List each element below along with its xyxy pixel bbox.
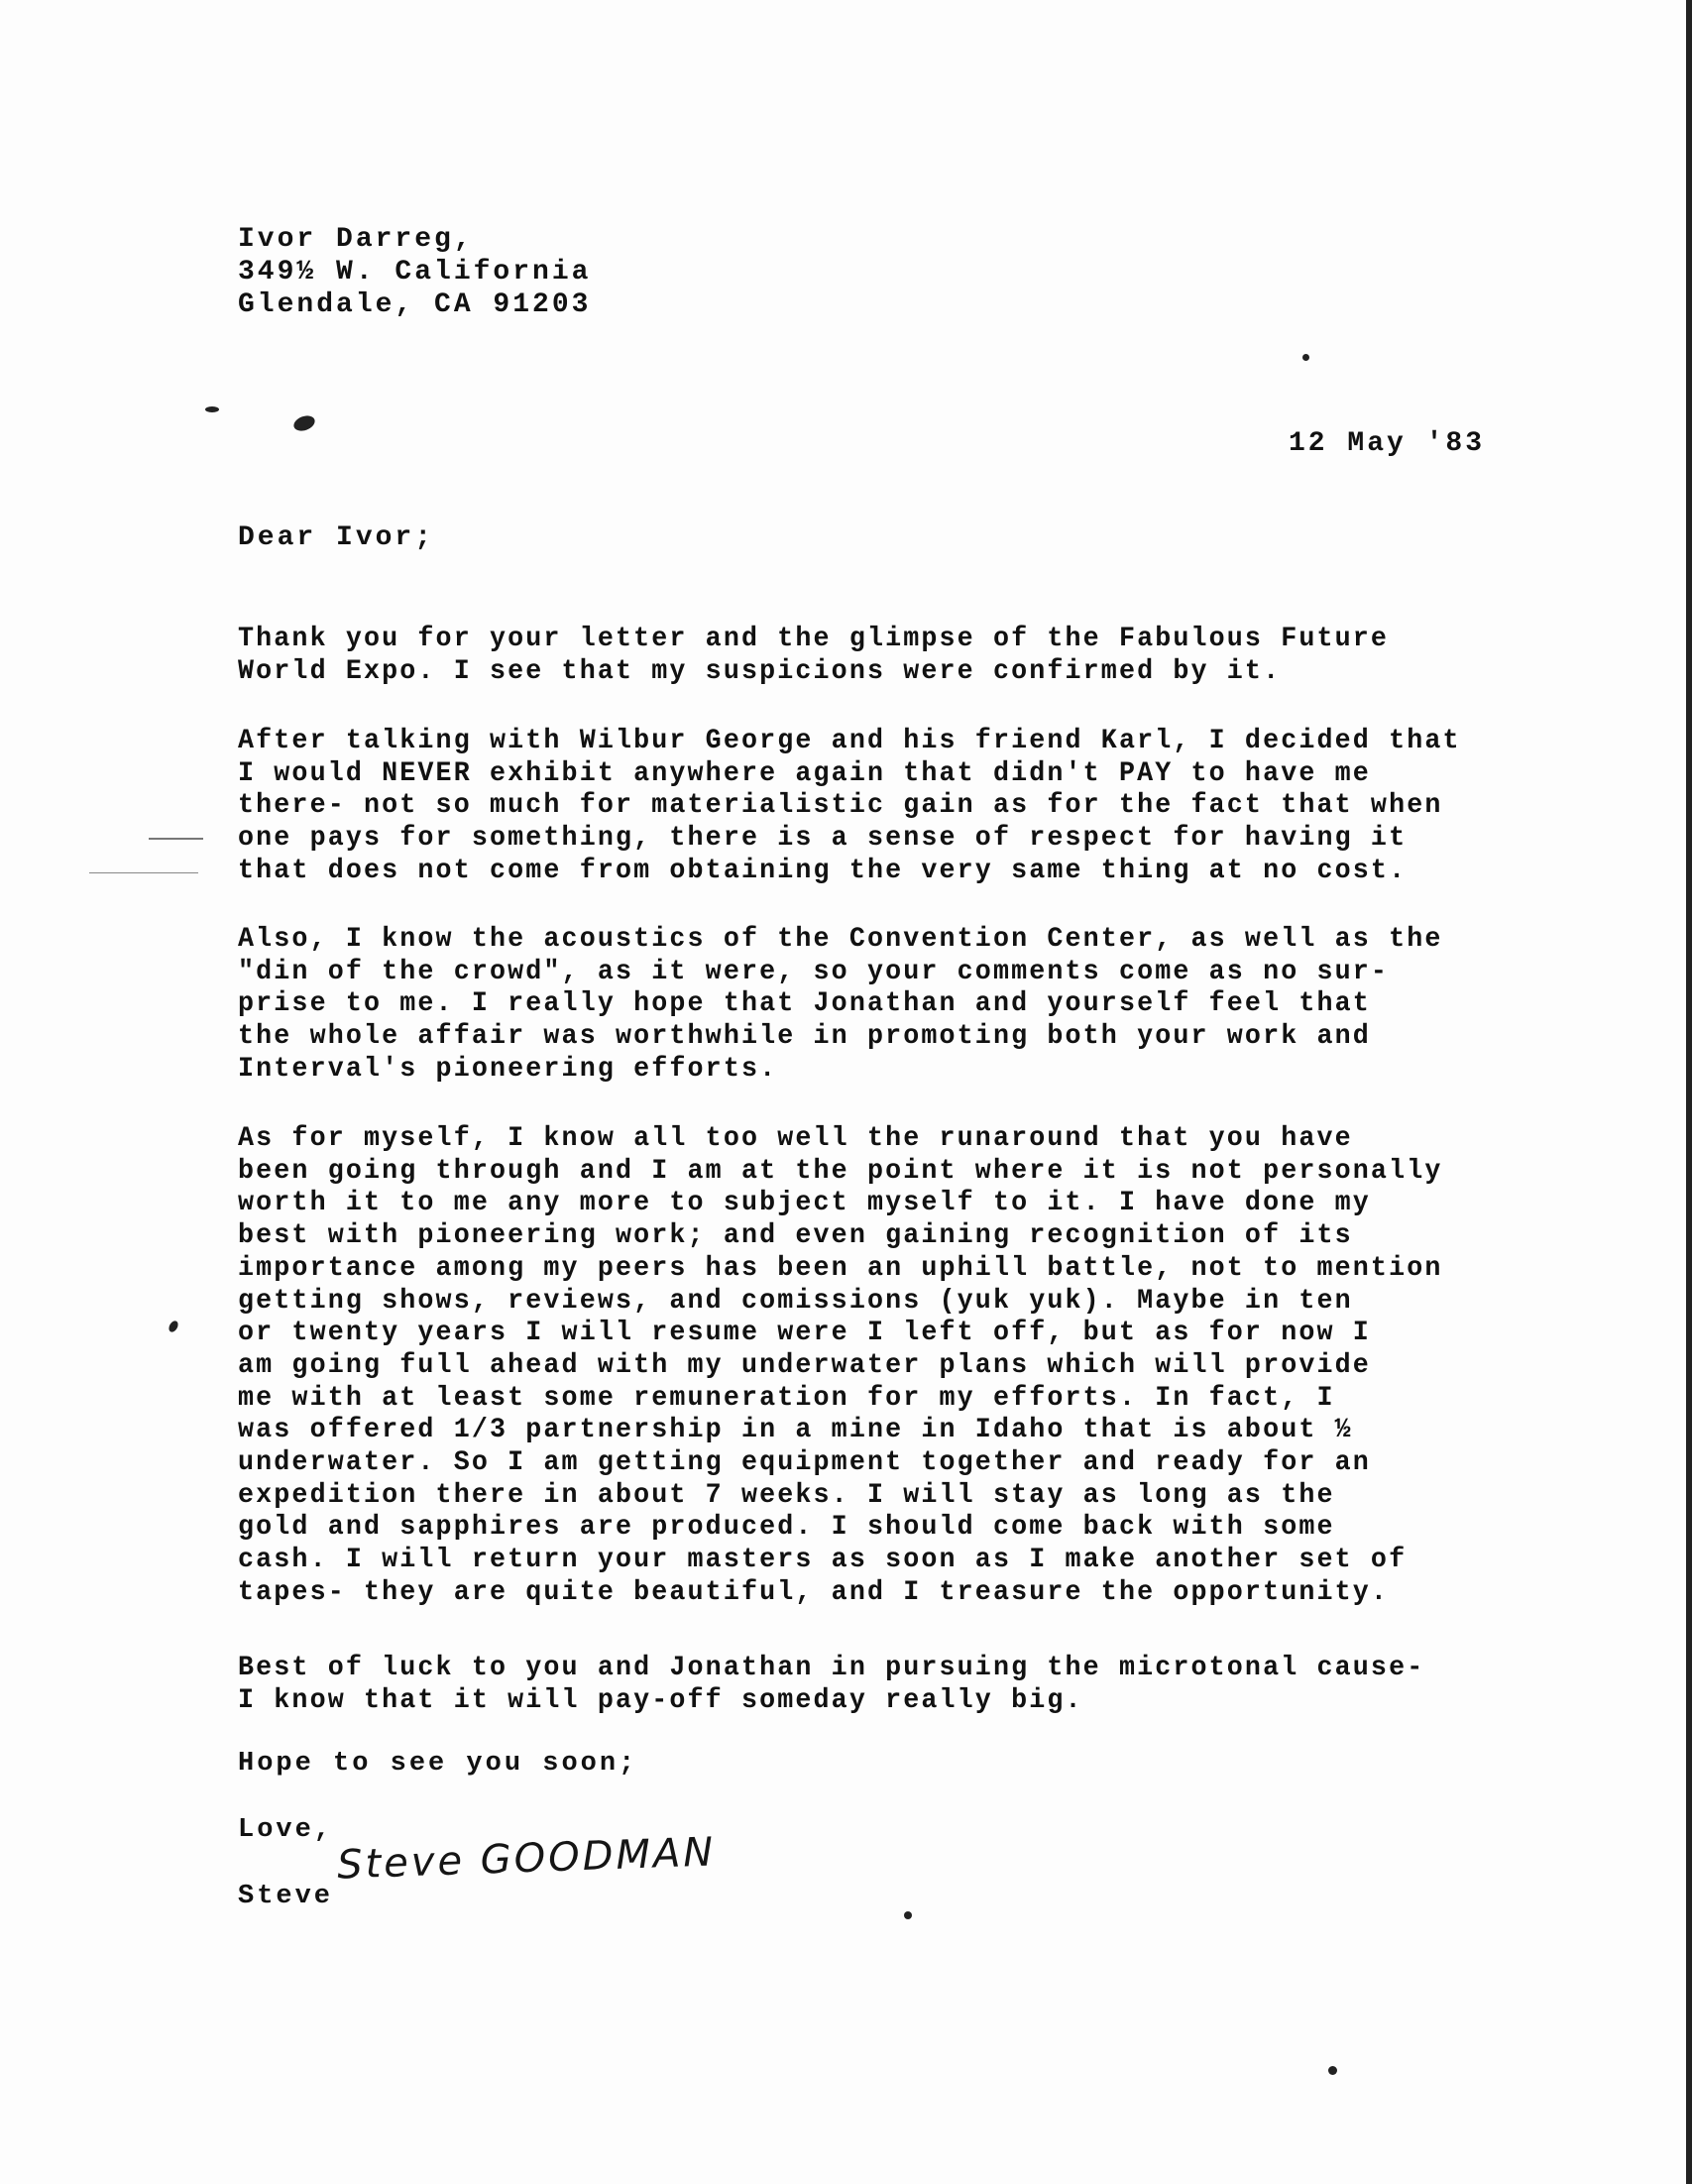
sign-off: Love, <box>238 1814 333 1846</box>
paragraph-3: Also, I know the acoustics of the Conven… <box>238 924 1443 1087</box>
recipient-name: Ivor Darreg, <box>238 224 474 255</box>
recipient-city: Glendale, CA 91203 <box>238 289 591 320</box>
ink-spot <box>1328 2066 1337 2075</box>
ink-spot <box>291 413 316 434</box>
ink-spot <box>168 1320 180 1333</box>
page-edge <box>1686 0 1692 2184</box>
ink-spot <box>1302 354 1309 361</box>
paragraph-1: Thank you for your letter and the glimps… <box>238 624 1389 688</box>
recipient-street: 349½ W. California <box>238 257 591 287</box>
paragraph-5: Best of luck to you and Jonathan in purs… <box>238 1653 1424 1717</box>
typed-name: Steve <box>238 1882 333 1911</box>
paragraph-4: As for myself, I know all too well the r… <box>238 1123 1443 1610</box>
letter-date: 12 May '83 <box>1289 428 1485 460</box>
ink-spot <box>904 1911 912 1919</box>
scan-line <box>89 872 198 873</box>
recipient-address: Ivor Darreg, 349½ W. California Glendale… <box>238 223 591 321</box>
scan-line <box>149 838 203 840</box>
handwritten-signature: Steve GOODMAN <box>336 1829 717 1888</box>
closing-line: Hope to see you soon; <box>238 1748 637 1780</box>
ink-spot <box>205 406 219 412</box>
letter-page: Ivor Darreg, 349½ W. California Glendale… <box>0 0 1692 2184</box>
paragraph-2: After talking with Wilbur George and his… <box>238 726 1461 888</box>
salutation: Dear Ivor; <box>238 522 434 554</box>
